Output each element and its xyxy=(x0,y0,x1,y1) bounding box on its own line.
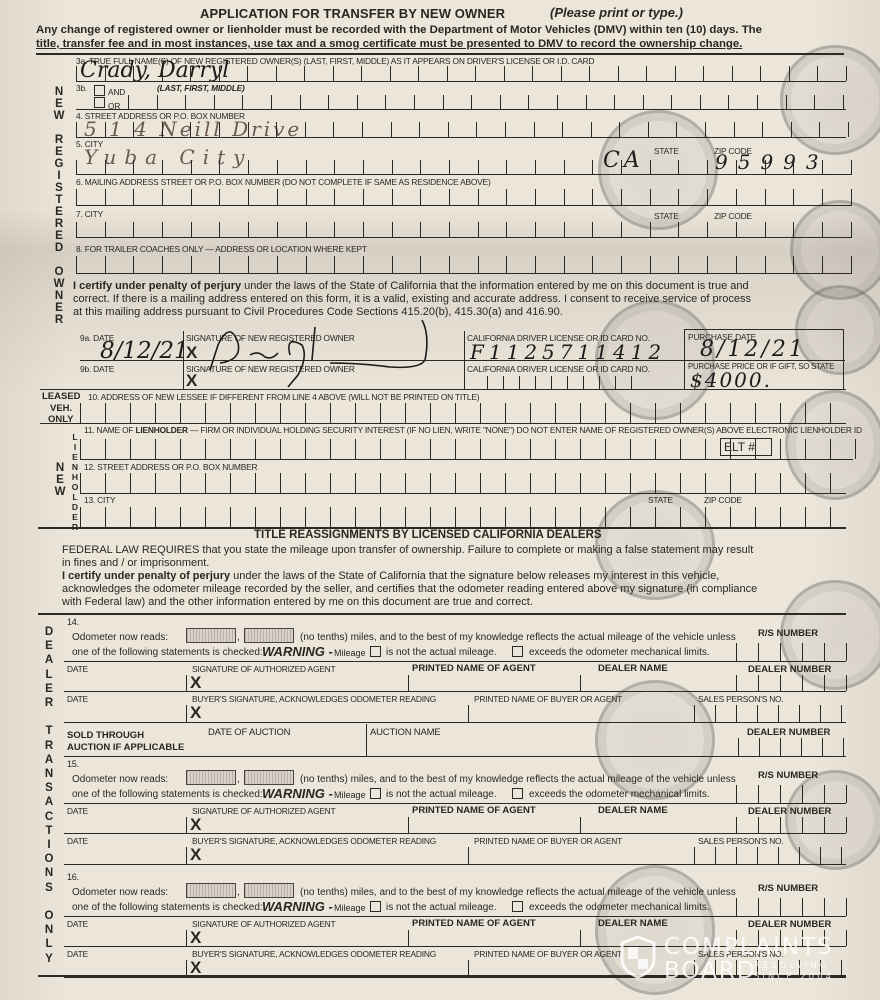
cell-tick xyxy=(280,473,305,493)
cell-tick xyxy=(76,256,105,273)
mileage-label: Mileage xyxy=(334,790,366,800)
odometer-digits-units[interactable] xyxy=(244,883,294,898)
cell-tick xyxy=(505,507,530,527)
cell-tick xyxy=(505,122,534,137)
cell-tick xyxy=(385,95,414,109)
field-baseline xyxy=(80,493,846,494)
certify-text: under the laws of the State of Californi… xyxy=(230,570,719,582)
date-label: DATE xyxy=(67,949,88,959)
cell-tick xyxy=(219,122,248,137)
side-letter: T xyxy=(42,724,56,738)
divider xyxy=(186,675,187,691)
cell-tick xyxy=(619,122,648,137)
cell-tick xyxy=(630,439,655,459)
cell-tick xyxy=(805,403,830,423)
cell-tick xyxy=(180,507,205,527)
cell-tick xyxy=(133,66,162,81)
veh-label: VEH. xyxy=(50,403,72,414)
cell-tick xyxy=(830,403,831,423)
cell-tick xyxy=(534,122,563,137)
cell-tick xyxy=(705,403,730,423)
cell-tick xyxy=(738,738,759,756)
cell-tick xyxy=(621,256,650,273)
federal-text: that you state the mileage upon transfer… xyxy=(199,544,753,556)
cell-ticks xyxy=(80,507,831,527)
cell-ticks xyxy=(80,473,831,493)
cell-tick xyxy=(759,738,780,756)
cell-tick xyxy=(363,160,392,174)
cell-tick xyxy=(391,122,420,137)
cell-tick xyxy=(355,439,380,459)
side-letter: T xyxy=(42,824,56,838)
side-letter: E xyxy=(52,98,66,110)
rs-number-label: R/S NUMBER xyxy=(758,628,818,639)
dealer-certify-line-1: I certify under penalty of perjury under… xyxy=(62,570,719,584)
dealer-name-label: DEALER NAME xyxy=(598,918,668,929)
cell-tick xyxy=(448,122,477,137)
cell-tick xyxy=(280,439,305,459)
sig-agent-x[interactable]: X xyxy=(190,673,201,693)
label-12: 12. STREET ADDRESS OR P.O. BOX NUMBER xyxy=(84,462,257,472)
cell-tick xyxy=(655,507,680,527)
sold-through-label: SOLD THROUGH xyxy=(67,730,144,741)
cell-tick xyxy=(420,222,449,237)
cell-tick xyxy=(155,403,180,423)
cell-tick xyxy=(505,473,530,493)
sig-agent-x[interactable]: X xyxy=(190,815,201,835)
auction-dealer-number-label: DEALER NUMBER xyxy=(747,727,830,738)
following-text: one of the following statements is check… xyxy=(72,789,263,800)
cell-tick xyxy=(830,507,831,527)
odometer-label: Odometer now reads: xyxy=(72,887,168,898)
cell-tick xyxy=(678,222,707,237)
cell-tick xyxy=(305,122,334,137)
cell-tick xyxy=(535,222,564,237)
cell-tick xyxy=(305,507,330,527)
cell-tick xyxy=(76,160,105,174)
divider xyxy=(64,833,846,834)
cell-tick xyxy=(506,256,535,273)
cell-tick xyxy=(535,376,551,389)
side-letter xyxy=(42,895,56,909)
cell-tick xyxy=(219,66,248,81)
or-checkbox[interactable] xyxy=(94,97,105,108)
dl-number-value[interactable]: F1125711412 xyxy=(470,340,666,364)
cell-tick xyxy=(586,95,615,109)
sales-person-cells xyxy=(694,705,842,722)
cell-tick xyxy=(205,507,230,527)
cell-tick xyxy=(650,189,679,205)
cell-tick xyxy=(728,95,757,109)
side-letter: N xyxy=(52,290,66,302)
cell-tick xyxy=(162,222,191,237)
cell-tick xyxy=(530,439,555,459)
cell-tick xyxy=(334,189,363,205)
cell-tick xyxy=(780,738,801,756)
cell-tick xyxy=(390,66,419,81)
field-baseline xyxy=(76,273,852,274)
sig-agent-label: SIGNATURE OF AUTHORIZED AGENT xyxy=(192,806,335,816)
side-label-dealer-transactions-only: DEALER TRANSACTIONS ONLY xyxy=(42,625,56,966)
divider xyxy=(580,817,581,833)
cell-tick xyxy=(755,473,780,493)
cell-tick xyxy=(730,507,755,527)
cell-tick xyxy=(443,95,472,109)
cell-tick xyxy=(105,122,134,137)
cell-tick xyxy=(530,507,555,527)
cell-tick xyxy=(330,473,355,493)
not-actual-checkbox[interactable] xyxy=(370,788,381,799)
dmv-form-page: APPLICATION FOR TRANSFER BY NEW OWNER (P… xyxy=(0,0,880,1000)
watermark-line-2: BOARD xyxy=(664,958,757,984)
cell-tick xyxy=(355,473,380,493)
cell-tick xyxy=(128,95,157,109)
form-title: APPLICATION FOR TRANSFER BY NEW OWNER xyxy=(200,6,505,21)
cell-tick xyxy=(105,222,134,237)
cell-tick xyxy=(392,160,421,174)
cell-tick xyxy=(605,473,630,493)
odometer-text: (no tenths) miles, and to the best of my… xyxy=(300,774,736,785)
cell-tick xyxy=(447,66,476,81)
cell-tick xyxy=(478,256,507,273)
side-letter: D xyxy=(52,242,66,254)
cell-tick xyxy=(333,66,362,81)
cell-tick xyxy=(535,160,564,174)
certify-bold: I certify under penalty of perjury xyxy=(62,570,230,582)
cell-tick xyxy=(247,66,276,81)
printed-agent-label: PRINTED NAME OF AGENT xyxy=(412,663,536,674)
cell-tick xyxy=(419,122,448,137)
cell-tick xyxy=(214,95,243,109)
side-letter: E xyxy=(52,230,66,242)
cell-tick xyxy=(277,160,306,174)
cell-tick xyxy=(105,66,134,81)
cell-tick xyxy=(105,160,134,174)
cell-tick xyxy=(487,376,503,389)
rs-number-cells xyxy=(736,785,847,803)
cell-tick xyxy=(157,95,186,109)
cell-tick xyxy=(846,66,847,81)
cell-tick xyxy=(592,160,621,174)
cell-tick xyxy=(793,222,822,237)
side-label-new: NEW xyxy=(53,462,67,498)
cell-tick xyxy=(555,507,580,527)
cell-tick xyxy=(734,122,763,137)
odometer-digits-units[interactable] xyxy=(244,770,294,785)
printed-buyer-label: PRINTED NAME OF BUYER OR AGENT xyxy=(474,949,622,959)
cell-tick xyxy=(357,95,386,109)
cell-tick xyxy=(678,189,707,205)
buyer-sig-x[interactable]: X xyxy=(190,845,201,865)
and-checkbox[interactable] xyxy=(94,85,105,96)
cell-tick xyxy=(334,256,363,273)
federal-law-line-2: in fines and / or imprisonment. xyxy=(62,557,209,571)
cell-tick xyxy=(80,403,105,423)
side-letter: E xyxy=(52,146,66,158)
exceeds-limits-checkbox[interactable] xyxy=(512,646,523,657)
side-letter: C xyxy=(42,810,56,824)
cell-tick xyxy=(133,256,162,273)
cell-tick xyxy=(505,403,530,423)
cell-tick xyxy=(355,507,380,527)
cell-tick xyxy=(519,376,535,389)
cell-tick xyxy=(334,222,363,237)
cell-tick xyxy=(793,256,822,273)
cell-tick xyxy=(851,222,852,237)
side-letter xyxy=(52,122,66,134)
divider xyxy=(468,847,469,864)
sig-agent-x[interactable]: X xyxy=(190,928,201,948)
cell-tick xyxy=(646,66,675,81)
cell-tick xyxy=(830,473,831,493)
cell-tick xyxy=(580,403,605,423)
cell-tick xyxy=(248,222,277,237)
odometer-text: (no tenths) miles, and to the best of my… xyxy=(300,632,736,643)
cell-tick xyxy=(480,403,505,423)
cell-tick xyxy=(219,222,248,237)
cell-tick xyxy=(334,160,363,174)
divider xyxy=(64,756,846,757)
cell-tick xyxy=(703,66,732,81)
cell-tick xyxy=(707,256,736,273)
cell-tick xyxy=(162,256,191,273)
cell-tick xyxy=(478,160,507,174)
side-letter: E xyxy=(52,302,66,314)
cell-tick xyxy=(618,66,647,81)
cell-tick xyxy=(755,507,780,527)
cell-tick xyxy=(478,189,507,205)
cell-tick xyxy=(817,66,846,81)
cell-ticks xyxy=(76,160,852,174)
label-6: 6. MAILING ADDRESS STREET OR P.O. BOX NU… xyxy=(76,177,491,187)
dealer-number-label: DEALER NUMBER xyxy=(748,806,831,817)
odometer-digits-units[interactable] xyxy=(244,628,294,643)
cell-tick xyxy=(380,473,405,493)
cell-tick xyxy=(580,507,605,527)
cell-tick xyxy=(760,66,789,81)
field-baseline xyxy=(76,137,846,138)
cell-tick xyxy=(676,122,705,137)
auction-name-label: AUCTION NAME xyxy=(370,727,440,738)
mileage-label: Mileage xyxy=(334,648,366,658)
watermark-tag-1: RESOLVING xyxy=(754,961,829,971)
odometer-digits-thousands[interactable] xyxy=(186,628,236,643)
cell-tick xyxy=(255,473,280,493)
cell-tick xyxy=(765,189,794,205)
divider xyxy=(38,613,846,615)
rs-number-label: R/S NUMBER xyxy=(758,770,818,781)
cell-tick xyxy=(248,160,277,174)
cell-tick xyxy=(328,95,357,109)
cell-tick xyxy=(678,160,707,174)
following-text: one of the following statements is check… xyxy=(72,902,263,913)
cell-tick xyxy=(105,439,130,459)
cell-tick xyxy=(105,403,130,423)
cell-tick xyxy=(793,189,822,205)
cell-tick xyxy=(205,403,230,423)
cell-ticks xyxy=(738,738,844,756)
cell-tick xyxy=(305,473,330,493)
cell-tick xyxy=(191,189,220,205)
sales-person-cells xyxy=(694,847,842,864)
cell-tick xyxy=(180,403,205,423)
divider xyxy=(408,817,409,833)
date-label: DATE xyxy=(67,694,88,704)
side-letter: T xyxy=(52,194,66,206)
cell-tick xyxy=(671,95,700,109)
divider xyxy=(40,423,846,424)
not-actual-label: is not the actual mileage. xyxy=(386,789,497,800)
cell-tick xyxy=(248,256,277,273)
side-letter: N xyxy=(53,462,67,474)
cell-tick xyxy=(205,473,230,493)
cell-tick xyxy=(420,189,449,205)
cell-tick xyxy=(621,189,650,205)
dealer-heading: TITLE REASSIGNMENTS BY LICENSED CALIFORN… xyxy=(254,529,602,541)
dealer-number-label: DEALER NUMBER xyxy=(748,919,831,930)
comma: , xyxy=(237,774,240,785)
comma: , xyxy=(237,632,240,643)
cell-tick xyxy=(551,376,567,389)
exceeds-limits-checkbox[interactable] xyxy=(512,901,523,912)
cell-tick xyxy=(615,376,631,389)
cell-tick xyxy=(305,403,330,423)
side-letter: R xyxy=(52,314,66,326)
cell-tick xyxy=(506,160,535,174)
cell-tick xyxy=(392,256,421,273)
mileage-label: Mileage xyxy=(334,903,366,913)
cell-tick xyxy=(420,160,449,174)
cell-tick xyxy=(80,507,105,527)
cell-tick xyxy=(564,160,593,174)
cell-tick xyxy=(330,507,355,527)
date-label: DATE xyxy=(67,919,88,929)
cell-tick xyxy=(848,122,849,137)
cell-tick xyxy=(380,403,405,423)
cell-tick xyxy=(680,507,705,527)
cell-tick xyxy=(306,189,335,205)
cell-tick xyxy=(130,439,155,459)
cell-tick xyxy=(830,439,855,459)
side-letter: E xyxy=(52,206,66,218)
cell-tick xyxy=(505,439,530,459)
owner-signature[interactable] xyxy=(190,315,470,390)
cell-tick xyxy=(449,256,478,273)
side-letter: A xyxy=(42,753,56,767)
purchase-date-value[interactable]: 8/12/21 xyxy=(700,337,806,362)
side-letter xyxy=(42,710,56,724)
cell-tick xyxy=(471,95,500,109)
not-actual-checkbox[interactable] xyxy=(370,901,381,912)
section-number: 15. xyxy=(67,759,79,769)
cell-tick xyxy=(755,403,780,423)
side-letter: L xyxy=(42,937,56,951)
cell-tick xyxy=(363,222,392,237)
cell-tick xyxy=(822,256,851,273)
cell-tick xyxy=(630,403,655,423)
cell-tick xyxy=(535,256,564,273)
cell-tick xyxy=(276,66,305,81)
cell-ticks xyxy=(80,403,831,423)
cell-tick xyxy=(530,403,555,423)
odometer-digits-thousands[interactable] xyxy=(186,770,236,785)
side-letter: S xyxy=(42,881,56,895)
notice-line-1: Any change of registered owner or lienho… xyxy=(36,23,762,37)
date-label: DATE xyxy=(67,806,88,816)
elt-label: ELT # xyxy=(724,440,755,454)
cell-tick xyxy=(133,189,162,205)
side-letter: R xyxy=(52,134,66,146)
cell-tick xyxy=(680,473,705,493)
cell-tick xyxy=(564,222,593,237)
side-letter: N xyxy=(42,923,56,937)
cell-tick xyxy=(655,403,680,423)
side-letter: S xyxy=(52,182,66,194)
exceeds-label: exceeds the odometer mechanical limits. xyxy=(529,647,710,658)
cell-tick xyxy=(855,439,856,459)
zip-label-13: ZIP CODE xyxy=(704,495,742,505)
not-actual-label: is not the actual mileage. xyxy=(386,902,497,913)
cell-tick xyxy=(605,439,630,459)
cell-tick xyxy=(242,95,271,109)
buyer-sig-x[interactable]: X xyxy=(190,703,201,723)
complaints-board-shield-icon xyxy=(620,935,656,979)
cell-tick xyxy=(621,222,650,237)
exceeds-limits-checkbox[interactable] xyxy=(512,788,523,799)
divider xyxy=(36,53,844,55)
cell-tick xyxy=(405,507,430,527)
leased-label: LEASED xyxy=(42,391,81,402)
cell-tick xyxy=(819,122,848,137)
cell-tick xyxy=(562,122,591,137)
side-letter: E xyxy=(42,682,56,696)
cell-tick xyxy=(418,66,447,81)
warning-label: WARNING - xyxy=(262,644,333,659)
exceeds-label: exceeds the odometer mechanical limits. xyxy=(529,902,710,913)
cell-tick xyxy=(851,256,852,273)
cell-tick xyxy=(765,160,794,174)
divider xyxy=(186,847,187,864)
date-label: DATE xyxy=(67,664,88,674)
cell-tick xyxy=(230,403,255,423)
section-number: 16. xyxy=(67,872,79,882)
cell-tick xyxy=(248,122,277,137)
cell-tick xyxy=(305,439,330,459)
cell-tick xyxy=(280,507,305,527)
label-11-pre: 11. NAME OF xyxy=(84,425,135,435)
date-of-auction-label: DATE OF AUCTION xyxy=(208,727,290,738)
printed-buyer-label: PRINTED NAME OF BUYER OR AGENT xyxy=(474,694,622,704)
cell-tick xyxy=(219,189,248,205)
cell-tick xyxy=(589,66,618,81)
cell-tick xyxy=(414,95,443,109)
not-actual-checkbox[interactable] xyxy=(370,646,381,657)
label-7: 7. CITY xyxy=(76,209,103,219)
cell-tick xyxy=(191,256,220,273)
odometer-digits-thousands[interactable] xyxy=(186,883,236,898)
sales-person-label: SALES PERSON'S NO. xyxy=(698,836,784,846)
cell-tick xyxy=(455,403,480,423)
divider xyxy=(464,331,465,389)
sales-person-label: SALES PERSON'S NO. xyxy=(698,694,784,704)
cell-tick xyxy=(561,66,590,81)
cell-tick xyxy=(705,122,734,137)
divider xyxy=(186,930,187,946)
exceeds-label: exceeds the odometer mechanical limits. xyxy=(529,789,710,800)
cell-tick xyxy=(449,189,478,205)
divider xyxy=(580,675,581,691)
cell-tick xyxy=(306,160,335,174)
